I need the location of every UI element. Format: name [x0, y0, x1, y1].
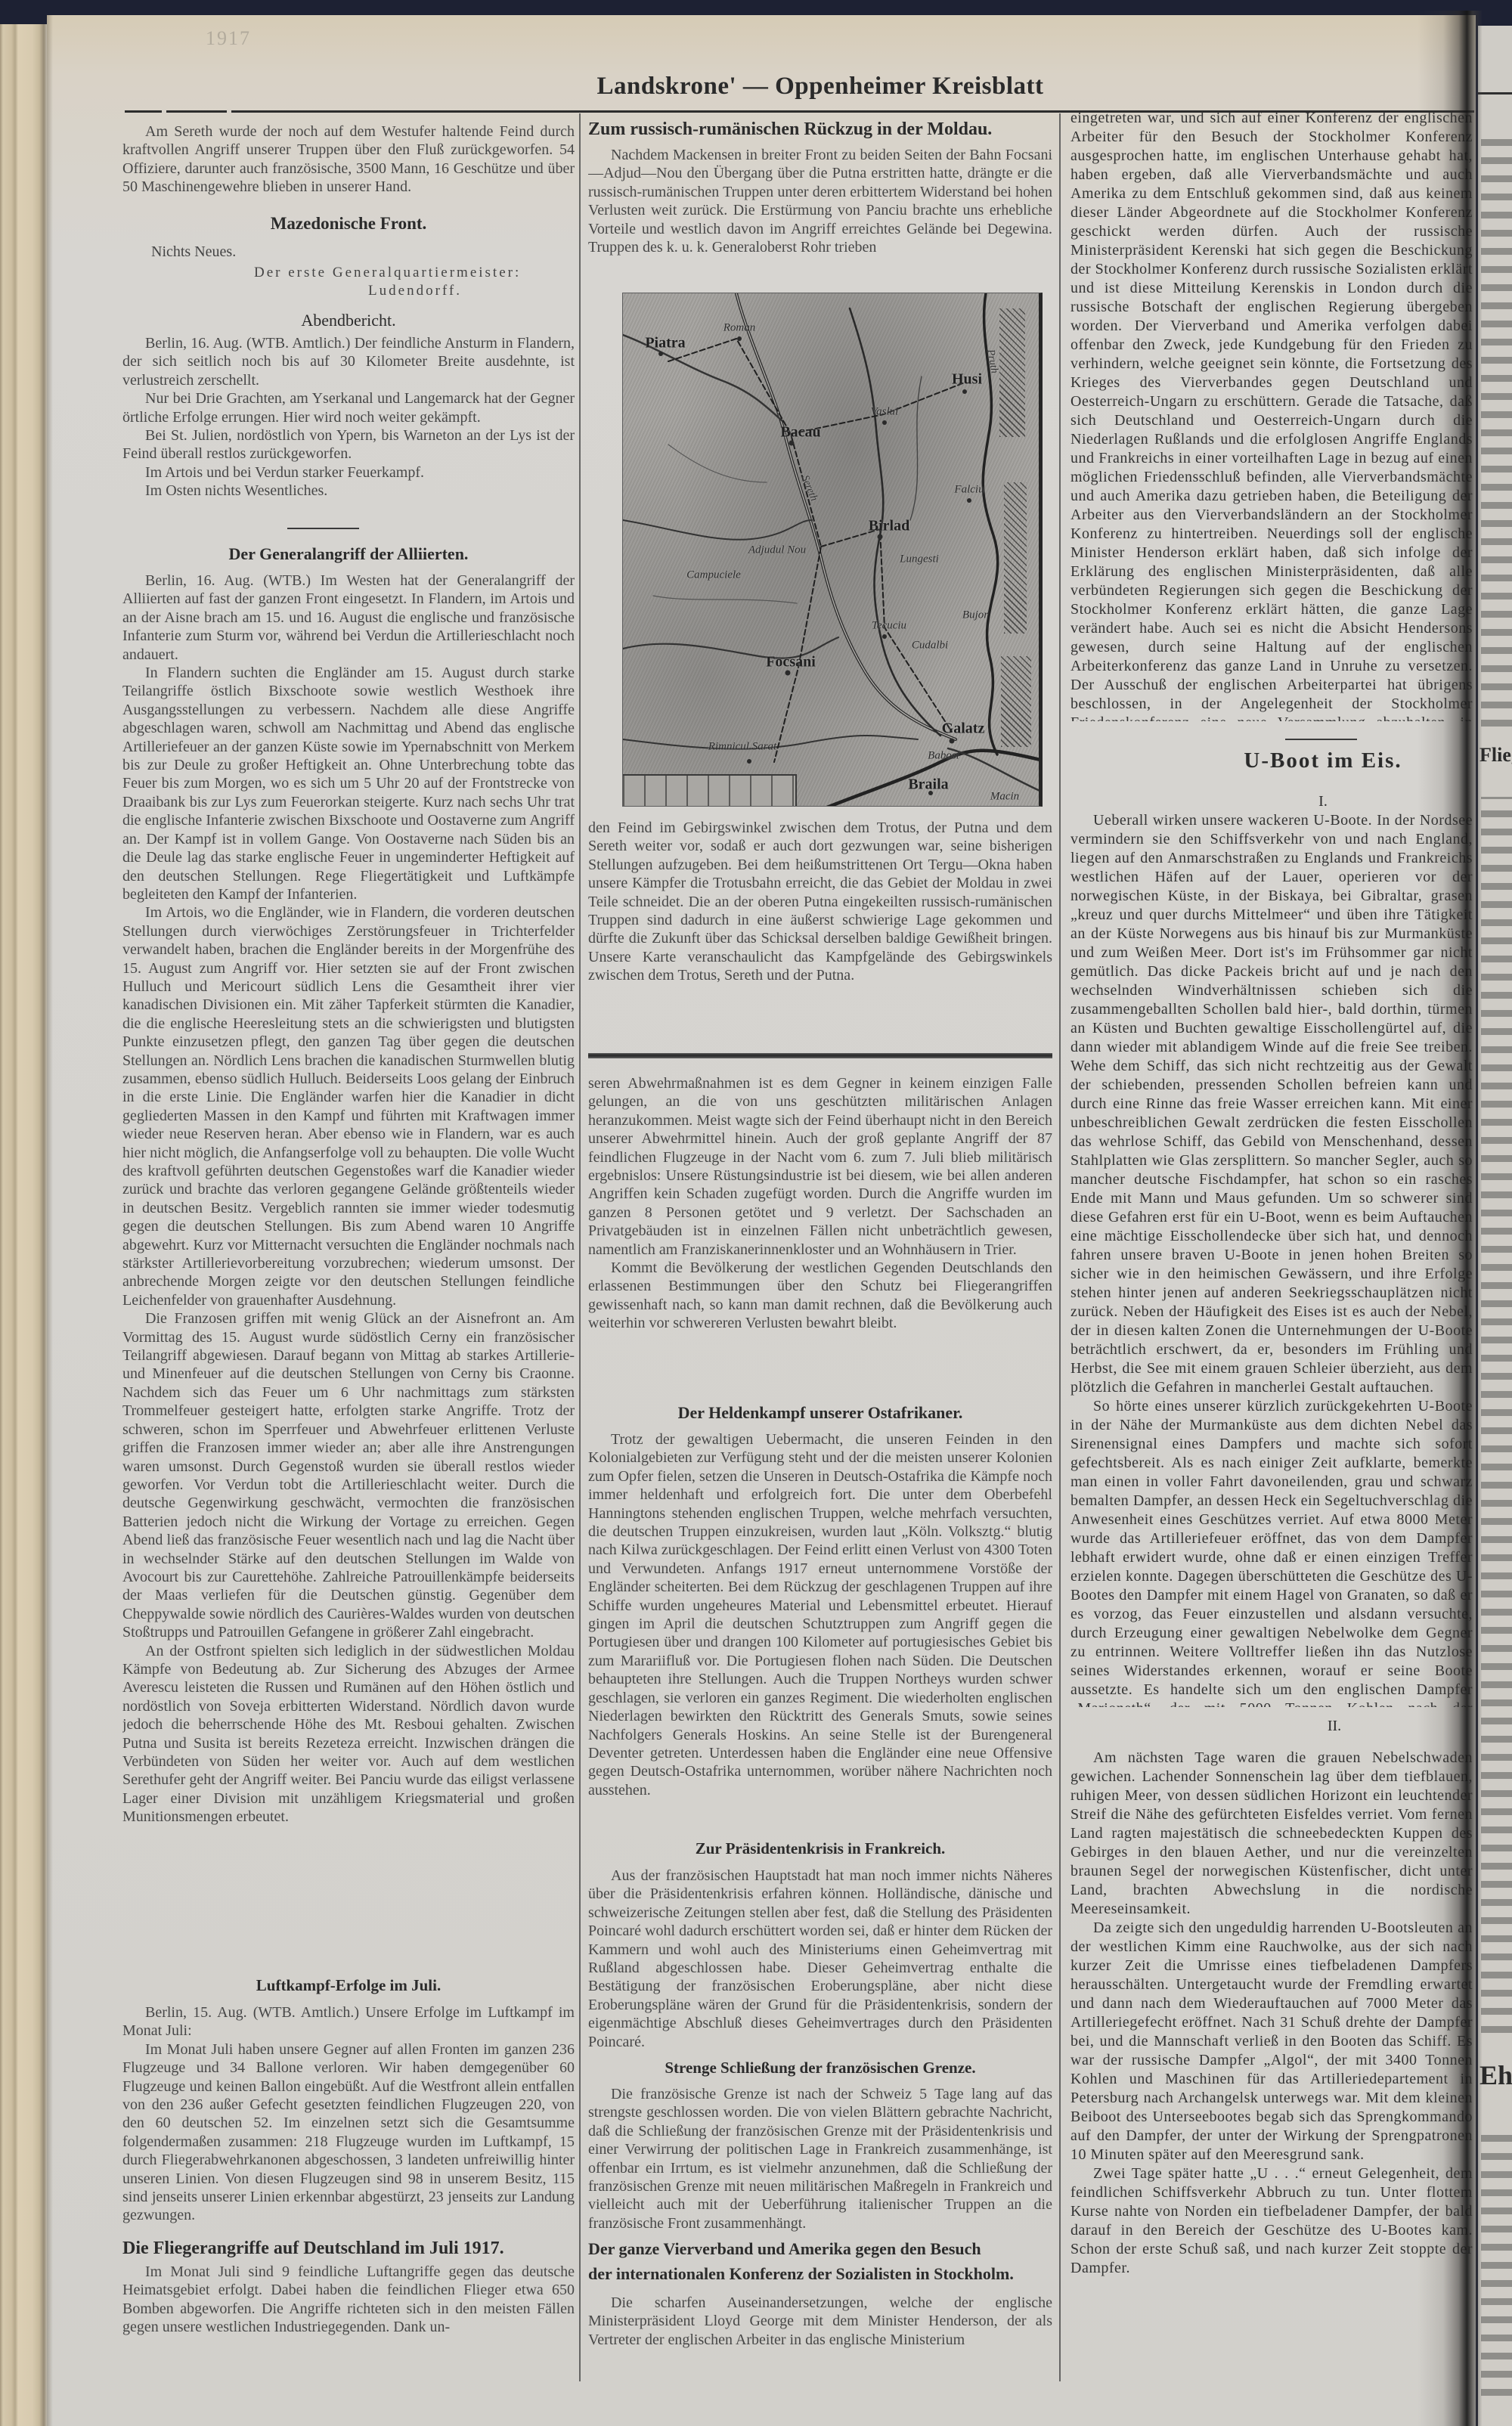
map-label: Galatz — [942, 720, 985, 738]
adjacent-page-heading: Fliege — [1479, 744, 1512, 767]
paragraph: Die französische Grenze ist nach der Sch… — [588, 2085, 1052, 2232]
map-hatched-border-zone — [999, 308, 1025, 437]
map-label: Roman — [723, 322, 756, 335]
paragraph: Ueberall wirken unsere wackeren U-Boote.… — [1070, 811, 1473, 1397]
adjacent-page-heading: Ehre — [1479, 2059, 1512, 2091]
article-u-boat-part-1: Ueberall wirken unsere wackeren U-Boote.… — [1070, 811, 1473, 1707]
paragraph: den Feind im Gebirgswinkel zwischen dem … — [588, 819, 1052, 985]
map-label: Babosi — [928, 750, 959, 763]
paragraph: Im Monat Juli sind 9 feindliche Luftangr… — [122, 2263, 575, 2337]
heading-president-crisis: Zur Präsidentenkrisis in Frankreich. — [588, 1839, 1052, 1858]
masthead-rule-break — [227, 110, 231, 113]
map-label: Birlad — [869, 518, 909, 535]
heading-east-africa: Der Heldenkampf unserer Ostafrikaner. — [588, 1403, 1052, 1423]
section-rule — [1285, 739, 1357, 740]
paragraph: Kommt die Bevölkerung der westlichen Geg… — [588, 1259, 1052, 1333]
paragraph: Zwei Tage später hatte „U . . .“ erneut … — [1070, 2164, 1473, 2278]
paragraph: Am Sereth wurde der noch auf dem Westufe… — [122, 122, 575, 197]
article-french-border: Die französische Grenze ist nach der Sch… — [588, 2085, 1052, 2236]
article-president-crisis: Aus der französischen Hauptstadt hat man… — [588, 1867, 1052, 2054]
paragraph: In Flandern suchten die Engländer am 15.… — [122, 664, 575, 903]
article-stockholm: Die scharfen Auseinandersetzungen, welch… — [588, 2294, 1052, 2377]
map-label: Rimnicul Sarat — [708, 741, 776, 754]
paragraph: Da zeigte sich den ungeduldig harrenden … — [1070, 1919, 1473, 2164]
map-label: Falciu — [954, 484, 984, 497]
map-label: Adjudul Nou — [748, 544, 806, 557]
heading-air-combat-july: Luftkampf-Erfolge im Juli. — [122, 1976, 575, 1995]
heading-evening-report: Abendbericht. — [122, 311, 575, 330]
article-general-attack: Berlin, 16. Aug. (WTB.) Im Westen hat de… — [122, 572, 575, 1969]
article-east-africa: Trotz der gewaltigen Uebermacht, die uns… — [588, 1430, 1052, 1837]
article-evening-report: Berlin, 16. Aug. (WTB. Amtlich.) Der fei… — [122, 334, 575, 522]
paragraph: Berlin, 16. Aug. (WTB. Amtlich.) Der fei… — [122, 334, 575, 389]
paragraph: Berlin, 15. Aug. (WTB. Amtlich.) Unsere … — [122, 2003, 575, 2040]
newspaper-scan: 1917 Landskrone' — Oppenheimer Kreisblat… — [0, 0, 1512, 2426]
article-air-raids-germany: Im Monat Juli sind 9 feindliche Luftangr… — [122, 2263, 575, 2356]
map-hatched-border-zone — [1004, 482, 1027, 634]
adjacent-page-fragment: Fliege Ehre — [1478, 26, 1512, 2426]
paragraph: So hörte eines unserer kürzlich zurückge… — [1070, 1397, 1473, 1707]
moldavia-battle-map: Piatra Roman Bacau Husi Vaslui Birlad Fa… — [622, 293, 1043, 807]
article-moldau-retreat-continued: den Feind im Gebirgswinkel zwischen dem … — [588, 819, 1052, 1043]
paragraph: eingetreten war, und sich auf einer Konf… — [1070, 109, 1473, 721]
paragraph: Im Artois und bei Verdun starker Feuerka… — [122, 463, 575, 482]
paragraph: Nur bei Drie Grachten, am Yserkanal und … — [122, 389, 575, 426]
heading-moldau-retreat: Zum russisch-rumänischen Rückzug in der … — [588, 119, 1052, 140]
column-divider — [1059, 113, 1061, 2381]
map-label: Campuciele — [686, 569, 741, 582]
article-air-combat-july: Berlin, 15. Aug. (WTB. Amtlich.) Unsere … — [122, 2003, 575, 2235]
map-label: Husi — [952, 371, 982, 389]
book-binding-edge — [0, 24, 48, 2426]
paragraph: Im Monat Juli haben unsere Gegner auf al… — [122, 2040, 575, 2225]
paragraph: Nachdem Mackensen in breiter Front zu be… — [588, 146, 1052, 256]
paragraph: Bei St. Julien, nordöstlich von Ypern, b… — [122, 426, 575, 463]
map-hatched-border-zone — [1001, 656, 1031, 747]
article-stockholm-continued: eingetreten war, und sich auf einer Konf… — [1070, 109, 1473, 721]
map-label: Tecuciu — [872, 620, 906, 633]
heading-general-attack: Der Generalangriff der Alliierten. — [122, 544, 575, 564]
article-u-boat-part-2: Am nächsten Tage waren die grauen Nebels… — [1070, 1749, 1473, 2387]
paragraph: Die Franzosen griffen mit wenig Glück an… — [122, 1309, 575, 1641]
masthead-rule-break — [162, 110, 166, 113]
map-label: Cudalbi — [912, 640, 948, 652]
book-gutter-shadow — [1417, 11, 1482, 2426]
heading-stockholm-line-1: Der ganze Vierverband und Amerika gegen … — [588, 2239, 1052, 2259]
article-separator-rule — [588, 1053, 1052, 1058]
paragraph: An der Ostfront spielten sich lediglich … — [122, 1642, 575, 1826]
map-label: Macin — [990, 791, 1019, 804]
map-label: Bujor — [962, 609, 988, 622]
heading-macedonian-front: Mazedonische Front. — [122, 214, 575, 234]
column-divider — [579, 113, 581, 2381]
paragraph: Die scharfen Auseinandersetzungen, welch… — [588, 2294, 1052, 2349]
macedonian-front-text: Nichts Neues. — [151, 243, 236, 261]
paragraph: Im Artois, wo die Engländer, wie in Flan… — [122, 903, 575, 1309]
map-label: Piatra — [645, 335, 685, 352]
paragraph: Aus der französischen Hauptstadt hat man… — [588, 1867, 1052, 2051]
map-label: Bacau — [780, 424, 820, 442]
section-rule — [287, 528, 359, 529]
heading-stockholm-line-2: der internationalen Konferenz der Sozial… — [588, 2264, 1052, 2284]
paragraph: Am nächsten Tage waren die grauen Nebels… — [1070, 1749, 1473, 1919]
map-label: Focsani — [766, 654, 816, 671]
adjacent-page-rule — [1478, 92, 1512, 94]
article-moldau-retreat-intro: Nachdem Mackensen in breiter Front zu be… — [588, 146, 1052, 280]
map-label: Vaslui — [871, 406, 899, 419]
article-sereth-report: Am Sereth wurde der noch auf dem Westufe… — [122, 122, 575, 216]
paragraph: Berlin, 16. Aug. (WTB.) Im Westen hat de… — [122, 572, 575, 664]
signature-name: Ludendorff. — [361, 283, 469, 299]
paragraph: seren Abwehrmaßnahmen ist es dem Gegner … — [588, 1074, 1052, 1259]
paragraph: Im Osten nichts Wesentliches. — [122, 482, 575, 500]
paragraph: Trotz der gewaltigen Uebermacht, die uns… — [588, 1430, 1052, 1799]
map-label: Braila — [908, 776, 948, 794]
pencil-margin-note: 1917 — [206, 27, 251, 50]
map-scale-inset — [623, 774, 797, 806]
signature-title: Der erste Generalquartiermeister: — [254, 265, 521, 281]
page-edge-shadow — [47, 15, 53, 2426]
map-label: Lungesti — [900, 553, 939, 566]
heading-air-raids-germany: Die Fliegerangriffe auf Deutschland im J… — [122, 2239, 575, 2259]
heading-french-border: Strenge Schließung der französischen Gre… — [588, 2059, 1052, 2077]
article-air-raids-continued: seren Abwehrmaßnahmen ist es dem Gegner … — [588, 1074, 1052, 1404]
masthead-title: Landskrone' — Oppenheimer Kreisblatt — [575, 73, 1066, 101]
